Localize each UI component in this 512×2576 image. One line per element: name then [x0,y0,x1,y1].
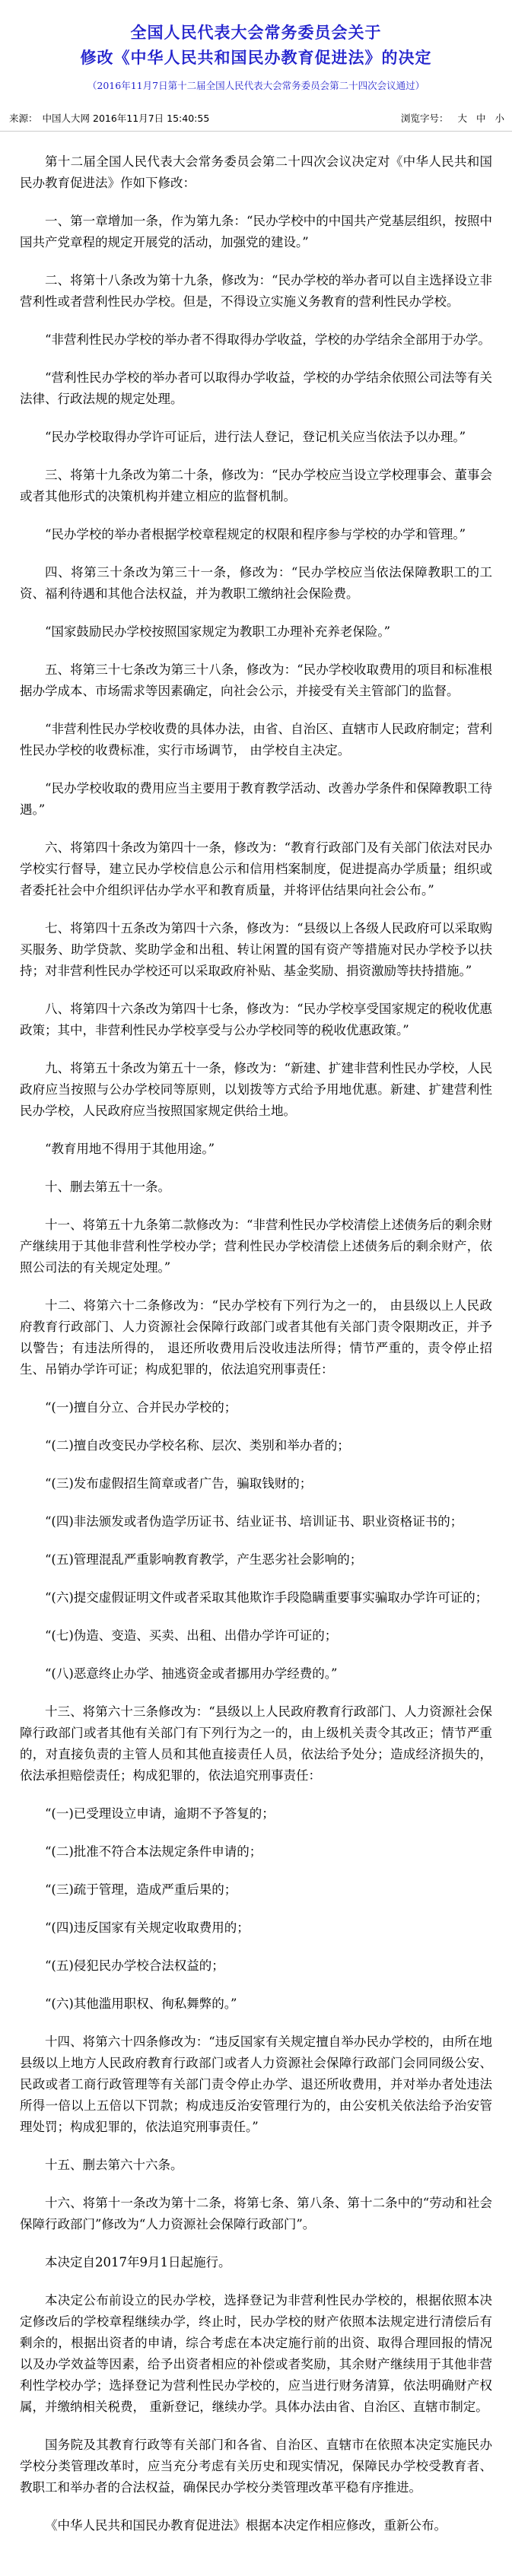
font-size-label: 浏览字号： [401,111,449,125]
font-size-control: 浏览字号： 大 中 小 [401,111,504,125]
font-size-option-medium[interactable]: 中 [476,111,486,125]
body-paragraph: 六、将第四十条改为第四十一条，修改为：“教育行政部门及有关部门依法对民办学校实行… [20,837,492,901]
article-body: 第十二届全国人民代表大会常务委员会第二十四次会议决定对《中华人民共和国民办教育促… [0,132,512,2576]
body-paragraph: 四、将第三十条改为第三十一条，修改为：“民办学校应当依法保障教职工的工资、福利待… [20,562,492,605]
body-paragraph: 三、将第十九条改为第二十条，修改为：“民办学校应当设立学校理事会、董事会或者其他… [20,465,492,507]
body-paragraph: “(五)管理混乱严重影响教育教学，产生恶劣社会影响的； [20,1549,492,1571]
body-paragraph: 十一、将第五十九条第二款修改为：“非营利性民办学校清偿上述债务后的剩余财产继续用… [20,1215,492,1278]
source-info: 来源： 中国人大网 2016年11月7日 15:40:55 [9,111,209,125]
body-paragraph: 《中华人民共和国民办教育促进法》根据本决定作相应修改，重新公布。 [20,2515,492,2536]
body-paragraph: “(三)疏于管理，造成严重后果的； [20,1879,492,1901]
article-page: 全国人民代表大会常务委员会关于 修改《中华人民共和国民办教育促进法》的决定 （2… [0,0,512,2576]
body-paragraph: 八、将第四十六条改为第四十七条，修改为：“民办学校享受国家规定的税收优惠政策；其… [20,999,492,1041]
body-paragraph: 第十二届全国人民代表大会常务委员会第二十四次会议决定对《中华人民共和国民办教育促… [20,151,492,194]
body-paragraph: “(七)伪造、变造、买卖、出租、出借办学许可证的； [20,1625,492,1647]
font-size-option-small[interactable]: 小 [495,111,504,125]
body-paragraph: 十五、删去第六十六条。 [20,2155,492,2176]
title-line-2: 修改《中华人民共和国民办教育促进法》的决定 [0,45,512,70]
body-paragraph: “(六)提交虚假证明文件或者采取其他欺诈手段隐瞒重要事实骗取办学许可证的； [20,1587,492,1609]
body-paragraph: “营利性民办学校的举办者可以取得办学收益，学校的办学结余依照公司法等有关法律、行… [20,367,492,410]
source-value: 中国人大网 2016年11月7日 15:40:55 [43,111,210,125]
source-label: 来源： [9,111,38,125]
body-paragraph: “(三)发布虚假招生简章或者广告，骗取钱财的； [20,1473,492,1494]
body-paragraph: “民办学校的举办者根据学校章程规定的权限和程序参与学校的办学和管理。” [20,524,492,545]
body-paragraph: “(六)其他滥用职权、徇私舞弊的。” [20,1993,492,2015]
body-paragraph: “(二)批准不符合本法规定条件申请的； [20,1841,492,1863]
body-paragraph: “国家鼓励民办学校按照国家规定为教职工办理补充养老保险。” [20,621,492,643]
page-title: 全国人民代表大会常务委员会关于 修改《中华人民共和国民办教育促进法》的决定 （2… [0,0,512,93]
body-paragraph: 十二、将第六十二条修改为：“民办学校有下列行为之一的， 由县级以上人民政府教育行… [20,1295,492,1380]
body-paragraph: 九、将第五十条改为第五十一条，修改为：“新建、扩建非营利性民办学校，人民政府应当… [20,1058,492,1122]
body-paragraph: “(八)恶意终止办学、抽逃资金或者挪用办学经费的。” [20,1663,492,1685]
body-paragraph: 十四、将第六十四条修改为：“违反国家有关规定擅自举办民办学校的，由所在地县级以上… [20,2031,492,2138]
meta-bar: 来源： 中国人大网 2016年11月7日 15:40:55 浏览字号： 大 中 … [0,110,512,126]
body-paragraph: “民办学校收取的费用应当主要用于教育教学活动、改善办学条件和保障教职工待遇。” [20,778,492,821]
body-paragraph: 二、将第十八条改为第十九条，修改为：“民办学校的举办者可以自主选择设立非营利性或… [20,270,492,313]
body-paragraph: “(一)擅自分立、合并民办学校的； [20,1397,492,1418]
body-paragraph: “(二)擅自改变民办学校名称、层次、类别和举办者的； [20,1435,492,1456]
body-paragraph: 十、删去第五十一条。 [20,1177,492,1198]
body-paragraph: “(四)非法颁发或者伪造学历证书、结业证书、培训证书、职业资格证书的； [20,1511,492,1533]
font-size-option-large[interactable]: 大 [457,111,467,125]
body-paragraph: 十三、将第六十三条修改为：“县级以上人民政府教育行政部门、人力资源社会保障行政部… [20,1701,492,1787]
body-paragraph: 一、第一章增加一条，作为第九条：“民办学校中的中国共产党基层组织，按照中国共产党… [20,211,492,253]
body-paragraph: 国务院及其教育行政等有关部门和各省、自治区、直辖市在依照本决定实施民办学校分类管… [20,2435,492,2498]
body-paragraph: “(一)已受理设立申请，逾期不予答复的； [20,1803,492,1825]
body-paragraph: “教育用地不得用于其他用途。” [20,1139,492,1160]
body-paragraph: 五、将第三十七条改为第三十八条，修改为：“民办学校收取费用的项目和标准根据办学成… [20,659,492,702]
body-paragraph: 本决定自2017年9月1日起施行。 [20,2252,492,2273]
body-paragraph: “(五)侵犯民办学校合法权益的； [20,1955,492,1977]
body-paragraph: “非营利性民办学校的举办者不得取得办学收益，学校的办学结余全部用于办学。 [20,329,492,351]
body-paragraph: “民办学校取得办学许可证后，进行法人登记，登记机关应当依法予以办理。” [20,427,492,448]
body-paragraph: 本决定公布前设立的民办学校，选择登记为非营利性民办学校的，根据依照本决定修改后的… [20,2290,492,2418]
body-paragraph: “(四)违反国家有关规定收取费用的； [20,1917,492,1939]
body-paragraph: 七、将第四十五条改为第四十六条，修改为：“县级以上各级人民政府可以采取购买服务、… [20,918,492,982]
body-paragraph: 十六、将第十一条改为第十二条，将第七条、第八条、第十二条中的“劳动和社会保障行政… [20,2193,492,2235]
body-paragraph: “非营利性民办学校收费的具体办法，由省、自治区、直辖市人民政府制定；营利性民办学… [20,719,492,761]
article-subtitle: （2016年11月7日第十二届全国人民代表大会常务委员会第二十四次会议通过） [0,79,512,93]
title-line-1: 全国人民代表大会常务委员会关于 [0,20,512,45]
